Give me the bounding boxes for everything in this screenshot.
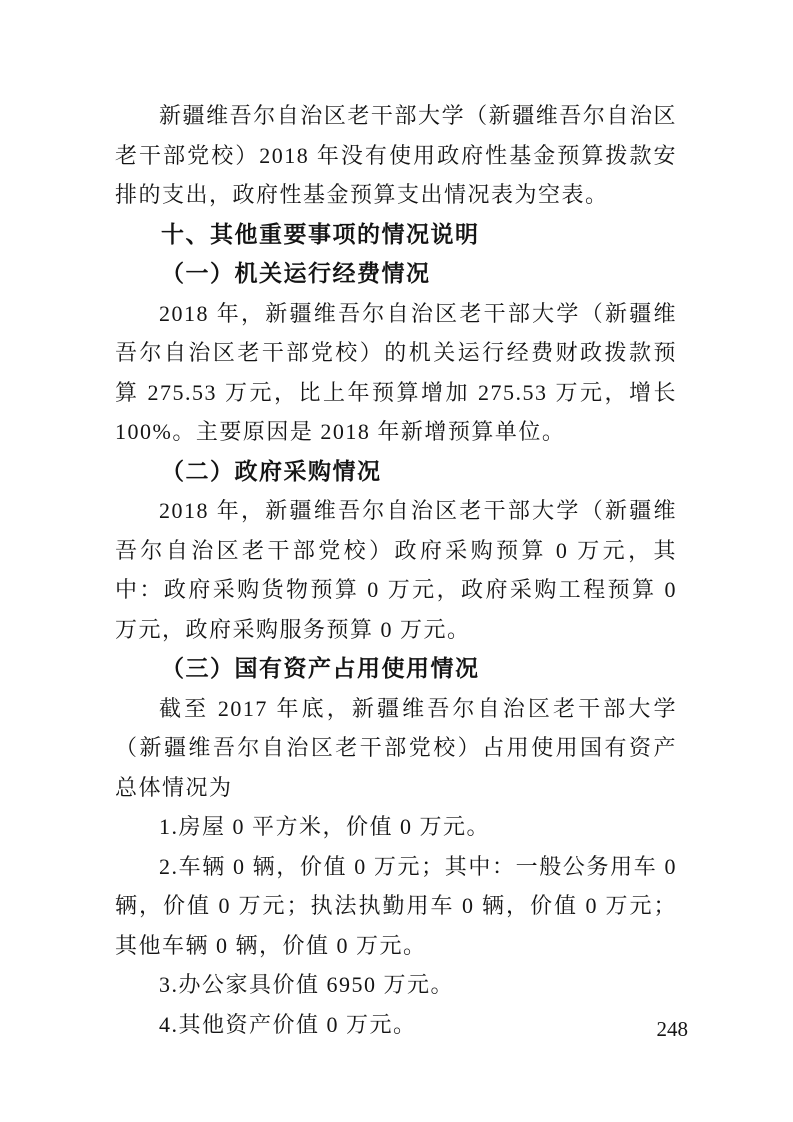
heading-state-assets: （三）国有资产占用使用情况 <box>115 649 677 689</box>
asset-item-vehicles: 2.车辆 0 辆，价值 0 万元；其中：一般公务用车 0 辆，价值 0 万元；执… <box>115 847 677 966</box>
paragraph-operating-expense: 2018 年，新疆维吾尔自治区老干部大学（新疆维吾尔自治区老干部党校）的机关运行… <box>115 294 677 452</box>
paragraph-gov-procurement: 2018 年，新疆维吾尔自治区老干部大学（新疆维吾尔自治区老干部党校）政府采购预… <box>115 491 677 649</box>
asset-item-office-furniture: 3.办公家具价值 6950 万元。 <box>115 965 677 1005</box>
page-number: 248 <box>657 1012 689 1046</box>
asset-item-other-assets: 4.其他资产价值 0 万元。 <box>115 1005 677 1045</box>
paragraph-state-assets-intro: 截至 2017 年底，新疆维吾尔自治区老干部大学（新疆维吾尔自治区老干部党校）占… <box>115 689 677 808</box>
paragraph-gov-fund-note: 新疆维吾尔自治区老干部大学（新疆维吾尔自治区老干部党校）2018 年没有使用政府… <box>115 96 677 215</box>
heading-gov-procurement: （二）政府采购情况 <box>115 452 677 492</box>
heading-operating-expense: （一）机关运行经费情况 <box>115 254 677 294</box>
asset-item-housing: 1.房屋 0 平方米，价值 0 万元。 <box>115 807 677 847</box>
document-page: 新疆维吾尔自治区老干部大学（新疆维吾尔自治区老干部党校）2018 年没有使用政府… <box>0 0 793 1122</box>
document-body: 新疆维吾尔自治区老干部大学（新疆维吾尔自治区老干部党校）2018 年没有使用政府… <box>115 0 677 1044</box>
heading-other-important-matters: 十、其他重要事项的情况说明 <box>115 215 677 255</box>
